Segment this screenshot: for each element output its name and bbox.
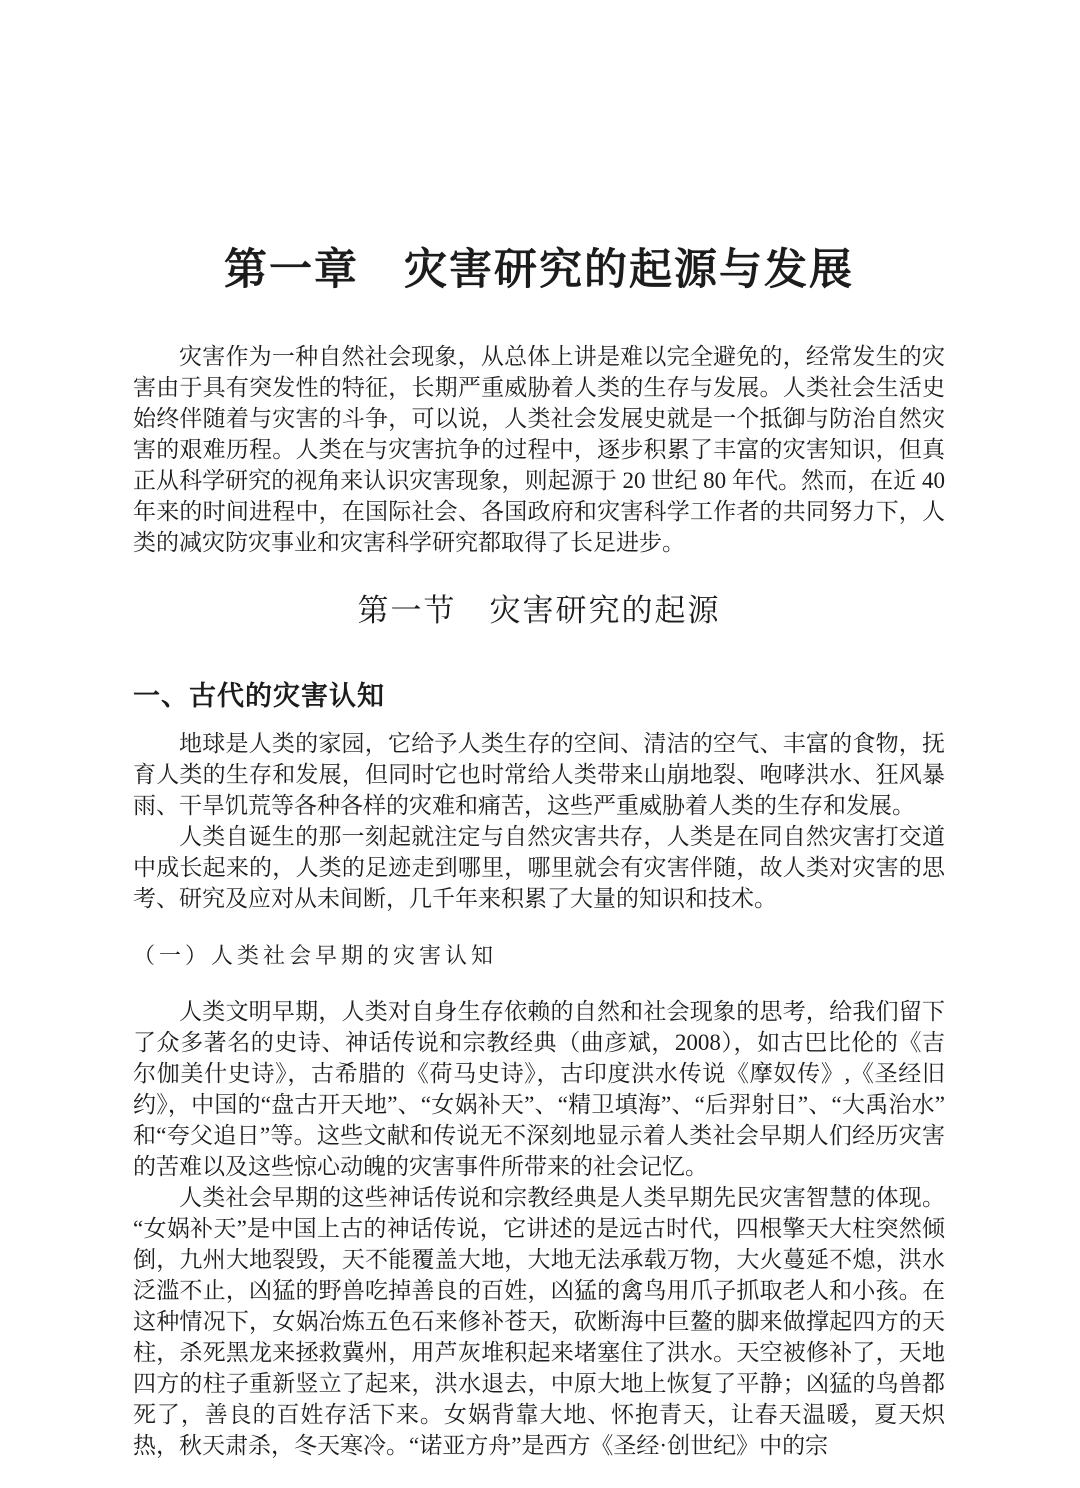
paragraph: 人类自诞生的那一刻起就注定与自然灾害共存，人类是在同自然灾害打交道中成长起来的，…: [133, 821, 945, 914]
paragraph: 地球是人类的家园，它给予人类生存的空间、清洁的空气、丰富的食物，抚育人类的生存和…: [133, 728, 945, 821]
paragraph: 人类文明早期，人类对自身生存依赖的自然和社会现象的思考，给我们留下了众多著名的史…: [133, 996, 945, 1182]
section-title: 第一节 灾害研究的起源: [133, 585, 945, 630]
chapter-title: 第一章 灾害研究的起源与发展: [133, 243, 945, 299]
subsection-heading: 一、古代的灾害认知: [133, 674, 945, 713]
paragraph: 人类社会早期的这些神话传说和宗教经典是人类早期先民灾害智慧的体现。“女娲补天”是…: [133, 1182, 945, 1461]
sub-subsection-heading: （一）人类社会早期的灾害认知: [133, 939, 945, 970]
book-page: 第一章 灾害研究的起源与发展 灾害作为一种自然社会现象，从总体上讲是难以完全避免…: [0, 0, 1080, 1488]
intro-paragraph: 灾害作为一种自然社会现象，从总体上讲是难以完全避免的，经常发生的灾害由于具有突发…: [133, 341, 945, 558]
